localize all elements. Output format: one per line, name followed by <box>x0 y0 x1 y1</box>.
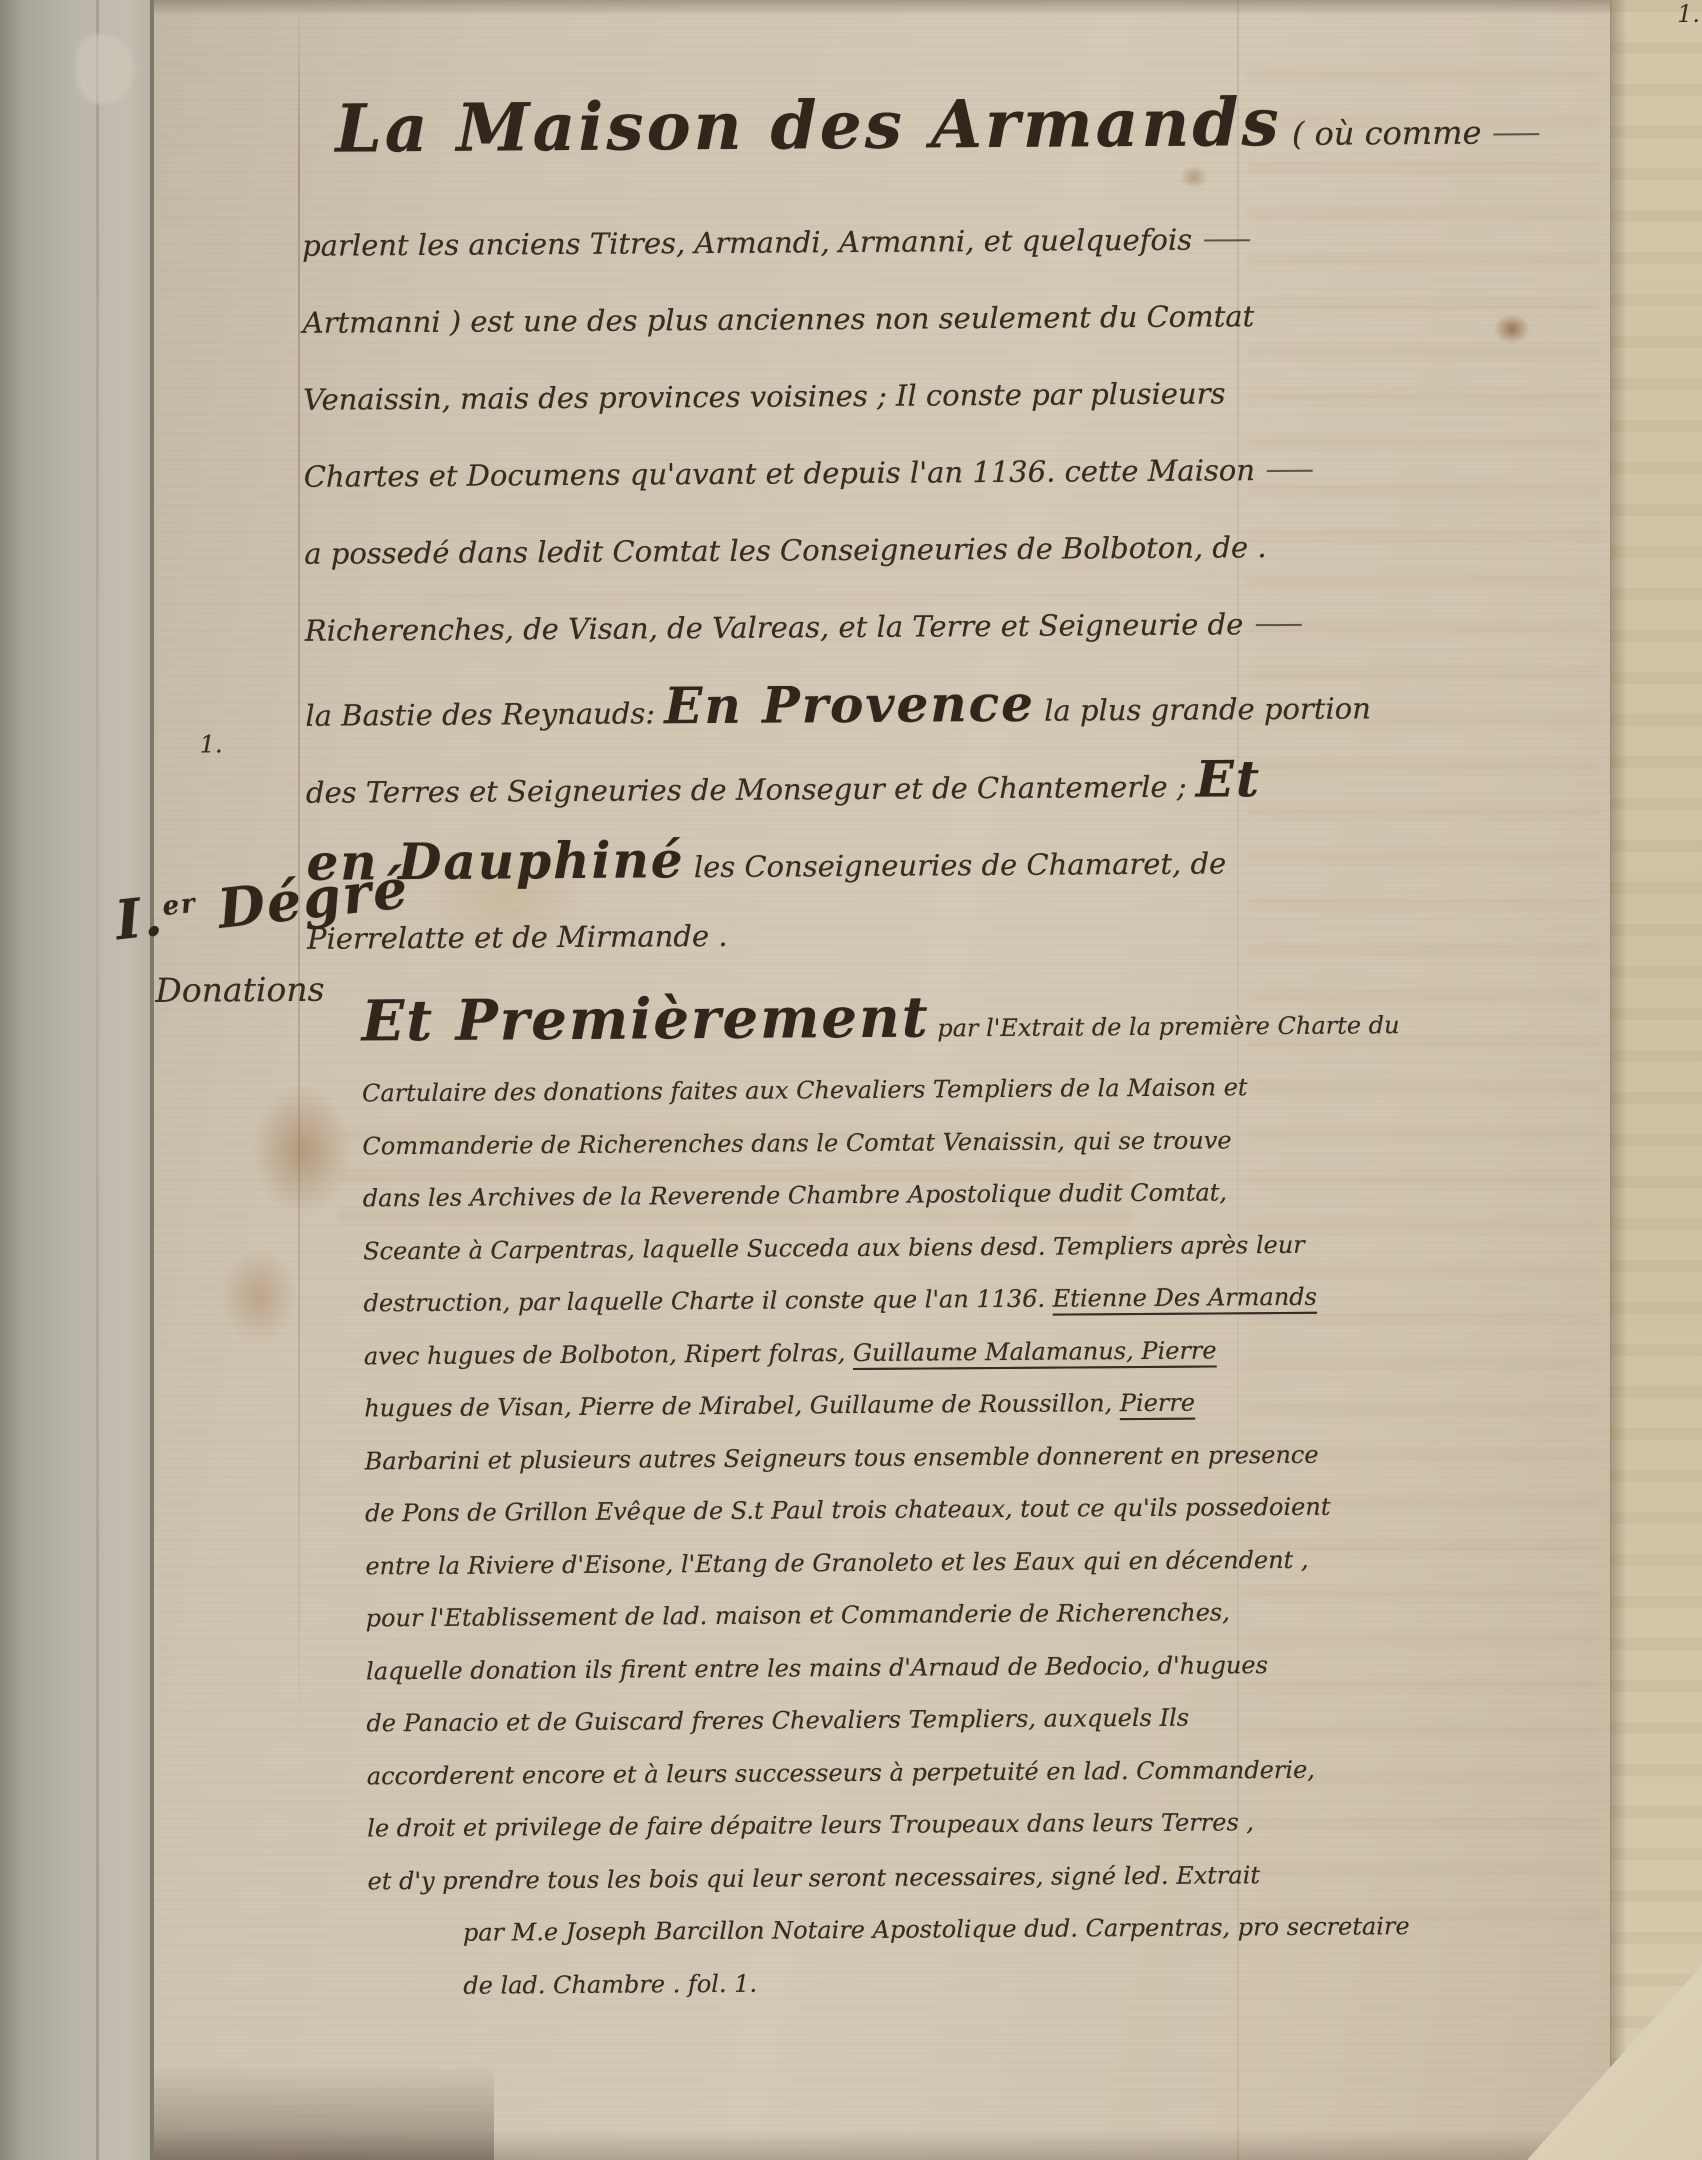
manuscript-line: de Pons de Grillon Evêque de S.t Paul tr… <box>365 1480 1407 1540</box>
handwritten-text: parlent les anciens Titres, Armandi, Arm… <box>302 223 1192 263</box>
handwritten-text: a possedé dans ledit Comtat les Conseign… <box>304 530 1266 571</box>
handwritten-text: pour l'Etablissement de lad. maison et C… <box>366 1598 1230 1632</box>
manuscript-line: le droit et privilege de faire dépaitre … <box>367 1795 1409 1855</box>
handwritten-text: Barbarini et plusieurs autres Seigneurs … <box>365 1440 1319 1475</box>
manuscript-line: parlent les anciens Titres, Armandi, Arm… <box>302 199 1541 285</box>
degree-superscript: er <box>161 889 198 923</box>
manuscript-photo: La Maison des Armands ( où commeparlent … <box>0 0 1702 2160</box>
manuscript-line: Pierrelatte et de Mirmande . <box>307 892 1546 978</box>
handwritten-text: Artmanni ) est une des plus anciennes no… <box>303 299 1255 340</box>
manuscript-line: entre la Riviere d'Eisone, l'Etang de Gr… <box>365 1533 1407 1593</box>
underlined-name: Pierre <box>1120 1389 1195 1418</box>
display-text: Et Premièrement <box>361 984 929 1054</box>
handwritten-text: Pierrelatte et de Mirmande . <box>307 919 728 956</box>
manuscript-line: de lad. Chambre . fol. 1. <box>368 1953 1410 2013</box>
manuscript-line: Chartes et Documens qu'avant et depuis l… <box>304 430 1543 516</box>
display-text: Et <box>1196 749 1262 808</box>
manuscript-line: Cartulaire des donations faites aux Chev… <box>362 1060 1404 1120</box>
handwritten-text: le droit et privilege de faire dépaitre … <box>367 1808 1254 1842</box>
donations-paragraph: Et Premièrement par l'Extrait de la prem… <box>361 968 1410 2012</box>
handwritten-text: accorderent encore et à leurs successeur… <box>367 1755 1315 1790</box>
manuscript-line: pour l'Etablissement de lad. maison et C… <box>366 1585 1408 1645</box>
manuscript-line: de Panacio et de Guiscard freres Chevali… <box>366 1690 1408 1750</box>
manuscript-line: accorderent encore et à leurs successeur… <box>367 1743 1409 1803</box>
handwritten-text: la Bastie des Reynauds: <box>305 696 664 733</box>
handwritten-text: dans les Archives de la Reverende Chambr… <box>363 1178 1227 1212</box>
degree-prefix: I. <box>112 883 167 952</box>
handwritten-text: de lad. Chambre . fol. 1. <box>463 1969 757 1999</box>
handwritten-text: avec hugues de Bolboton, Ripert folras, <box>364 1338 853 1369</box>
handwritten-text: par M.e Joseph Barcillon Notaire Apostol… <box>463 1912 1410 1947</box>
underlined-name: Guillaume Malamanus, Pierre <box>853 1336 1217 1367</box>
handwritten-text: des Terres et Seigneuries de Monsegur et… <box>306 770 1196 810</box>
manuscript-line: Et Premièrement par l'Extrait de la prem… <box>361 968 1403 1067</box>
display-text: En Provence <box>664 674 1035 736</box>
manuscript-line: Barbarini et plusieurs autres Seigneurs … <box>364 1428 1406 1488</box>
handwritten-text: de Panacio et de Guiscard freres Chevali… <box>366 1704 1189 1738</box>
manuscript-line: en Dauphiné les Conseigneuries de Chamar… <box>306 815 1545 901</box>
manuscript-line: Sceante à Carpentras, laquelle Succeda a… <box>363 1218 1405 1278</box>
manuscript-line: des Terres et Seigneuries de Monsegur et… <box>306 738 1545 824</box>
manuscript-line: dans les Archives de la Reverende Chambr… <box>363 1165 1405 1225</box>
manuscript-line: La Maison des Armands ( où comme <box>301 41 1540 208</box>
handwritten-text: Cartulaire des donations faites aux Chev… <box>362 1073 1248 1107</box>
opening-paragraph: La Maison des Armands ( où commeparlent … <box>301 41 1545 978</box>
manuscript-line: Artmanni ) est une des plus anciennes no… <box>302 276 1541 362</box>
margin-note-number: 1. <box>200 730 223 758</box>
folio-number: 1. <box>1677 0 1700 28</box>
manuscript-line: destruction, par laquelle Charte il cons… <box>363 1270 1405 1330</box>
handwritten-text: Sceante à Carpentras, laquelle Succeda a… <box>363 1230 1305 1265</box>
handwritten-text: Commanderie de Richerenches dans le Comt… <box>362 1126 1231 1160</box>
handwritten-text: ( où comme <box>1282 114 1482 153</box>
manuscript-line: hugues de Visan, Pierre de Mirabel, Guil… <box>364 1375 1406 1435</box>
underlined-name: Etienne Des Armands <box>1053 1283 1317 1313</box>
handwritten-text: Richerenches, de Visan, de Valreas, et l… <box>305 607 1244 648</box>
handwritten-text: laquelle donation ils firent entre les m… <box>366 1651 1268 1685</box>
handwritten-text: les Conseigneuries de Chamaret, de <box>685 846 1227 884</box>
manuscript-line: avec hugues de Bolboton, Ripert folras, … <box>364 1323 1406 1383</box>
manuscript-line: la Bastie des Reynauds: En Provence la p… <box>305 661 1544 747</box>
handwritten-text: la plus grande portion <box>1035 691 1371 727</box>
handwritten-text: et d'y prendre tous les bois qui leur se… <box>367 1861 1260 1895</box>
manuscript-line: Venaissin, mais des provinces voisines ;… <box>303 353 1542 439</box>
handwritten-text: destruction, par laquelle Charte il cons… <box>363 1285 1052 1318</box>
handwritten-text: par l'Extrait de la première Charte du <box>930 1011 1400 1042</box>
handwritten-text: de Pons de Grillon Evêque de S.t Paul tr… <box>365 1493 1331 1528</box>
margin-donations-label: Donations <box>155 970 324 1010</box>
handwritten-text: Chartes et Documens qu'avant et depuis l… <box>304 453 1255 494</box>
display-text: La Maison des Armands <box>335 83 1282 168</box>
manuscript-line: par M.e Joseph Barcillon Notaire Apostol… <box>368 1900 1410 1960</box>
manuscript-line: a possedé dans ledit Comtat les Conseign… <box>304 507 1543 593</box>
handwritten-text: entre la Riviere d'Eisone, l'Etang de Gr… <box>365 1545 1308 1580</box>
manuscript-line: et d'y prendre tous les bois qui leur se… <box>367 1848 1409 1908</box>
handwritten-text: Venaissin, mais des provinces voisines ;… <box>303 376 1225 416</box>
manuscript-line: laquelle donation ils firent entre les m… <box>366 1638 1408 1698</box>
handwritten-text: hugues de Visan, Pierre de Mirabel, Guil… <box>364 1389 1120 1422</box>
manuscript-line: Richerenches, de Visan, de Valreas, et l… <box>305 584 1544 670</box>
handwritten-content: La Maison des Armands ( où commeparlent … <box>0 0 1702 2160</box>
manuscript-line: Commanderie de Richerenches dans le Comt… <box>362 1113 1404 1173</box>
